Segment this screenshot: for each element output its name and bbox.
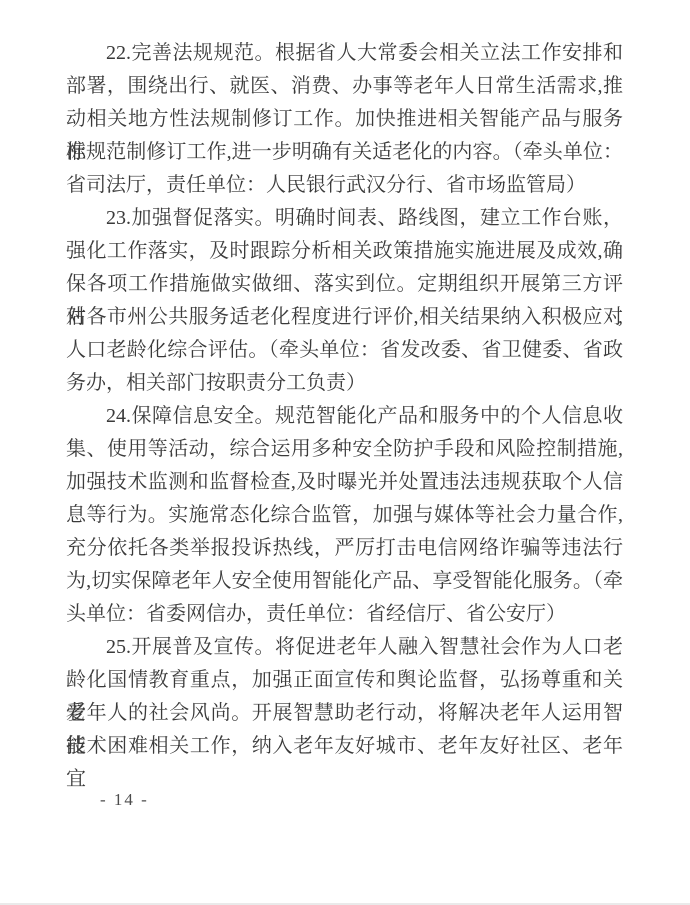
text-line: 省司法厅，责任单位：人民银行武汉分行、省市场监管局） [66, 169, 623, 202]
text-line: 加强技术监测和监督检查,及时曝光并处置违法违规获取个人信 [66, 466, 623, 499]
text-line: 25.开展普及宣传。将促进老年人融入智慧社会作为人口老 [66, 631, 623, 664]
paragraph-22: 22.完善法规规范。根据省人大常委会相关立法工作安排和 部署，围绕出行、就医、消… [66, 37, 623, 202]
document-body: 22.完善法规规范。根据省人大常委会相关立法工作安排和 部署，围绕出行、就医、消… [66, 37, 623, 763]
text-line: 息等行为。实施常态化综合监管，加强与媒体等社会力量合作, [66, 499, 623, 532]
text-line: 动相关地方性法规制修订工作。加快推进相关智能产品与服务标 [66, 103, 623, 136]
text-line: 强化工作落实，及时跟踪分析相关政策措施实施进展及成效,确 [66, 235, 623, 268]
text-line: 部署，围绕出行、就医、消费、办事等老年人日常生活需求,推 [66, 70, 623, 103]
paragraph-25: 25.开展普及宣传。将促进老年人融入智慧社会作为人口老 龄化国情教育重点，加强正… [66, 631, 623, 763]
text-line: 对各市州公共服务适老化程度进行评价,相关结果纳入积极应对 [66, 301, 623, 334]
text-line: 务办，相关部门按职责分工负责） [66, 367, 623, 400]
text-line: 头单位：省委网信办，责任单位：省经信厅、省公安厅） [66, 598, 623, 631]
text-line: 充分依托各类举报投诉热线，严厉打击电信网络诈骗等违法行 [66, 532, 623, 565]
text-line: 人口老龄化综合评估。（牵头单位：省发改委、省卫健委、省政 [66, 334, 623, 367]
text-line: 老年人的社会风尚。开展智慧助老行动，将解决老年人运用智能 [66, 697, 623, 730]
text-line: 保各项工作措施做实做细、落实到位。定期组织开展第三方评估, [66, 268, 623, 301]
text-line: 23.加强督促落实。明确时间表、路线图，建立工作台账， [66, 202, 623, 235]
paragraph-24: 24.保障信息安全。规范智能化产品和服务中的个人信息收 集、使用等活动，综合运用… [66, 400, 623, 631]
text-line: 22.完善法规规范。根据省人大常委会相关立法工作安排和 [66, 37, 623, 70]
text-line: 24.保障信息安全。规范智能化产品和服务中的个人信息收 [66, 400, 623, 433]
page-number: - 14 - [100, 789, 149, 811]
text-line: 集、使用等活动，综合运用多种安全防护手段和风险控制措施, [66, 433, 623, 466]
text-line: 准规范制修订工作,进一步明确有关适老化的内容。（牵头单位： [66, 136, 623, 169]
text-line: 为,切实保障老年人安全使用智能化产品、享受智能化服务。（牵 [66, 565, 623, 598]
text-line: 龄化国情教育重点，加强正面宣传和舆论监督，弘扬尊重和关爱 [66, 664, 623, 697]
document-page: 22.完善法规规范。根据省人大常委会相关立法工作安排和 部署，围绕出行、就医、消… [0, 0, 690, 905]
paragraph-23: 23.加强督促落实。明确时间表、路线图，建立工作台账， 强化工作落实，及时跟踪分… [66, 202, 623, 400]
text-line: 技术困难相关工作，纳入老年友好城市、老年友好社区、老年宜 [66, 730, 623, 763]
